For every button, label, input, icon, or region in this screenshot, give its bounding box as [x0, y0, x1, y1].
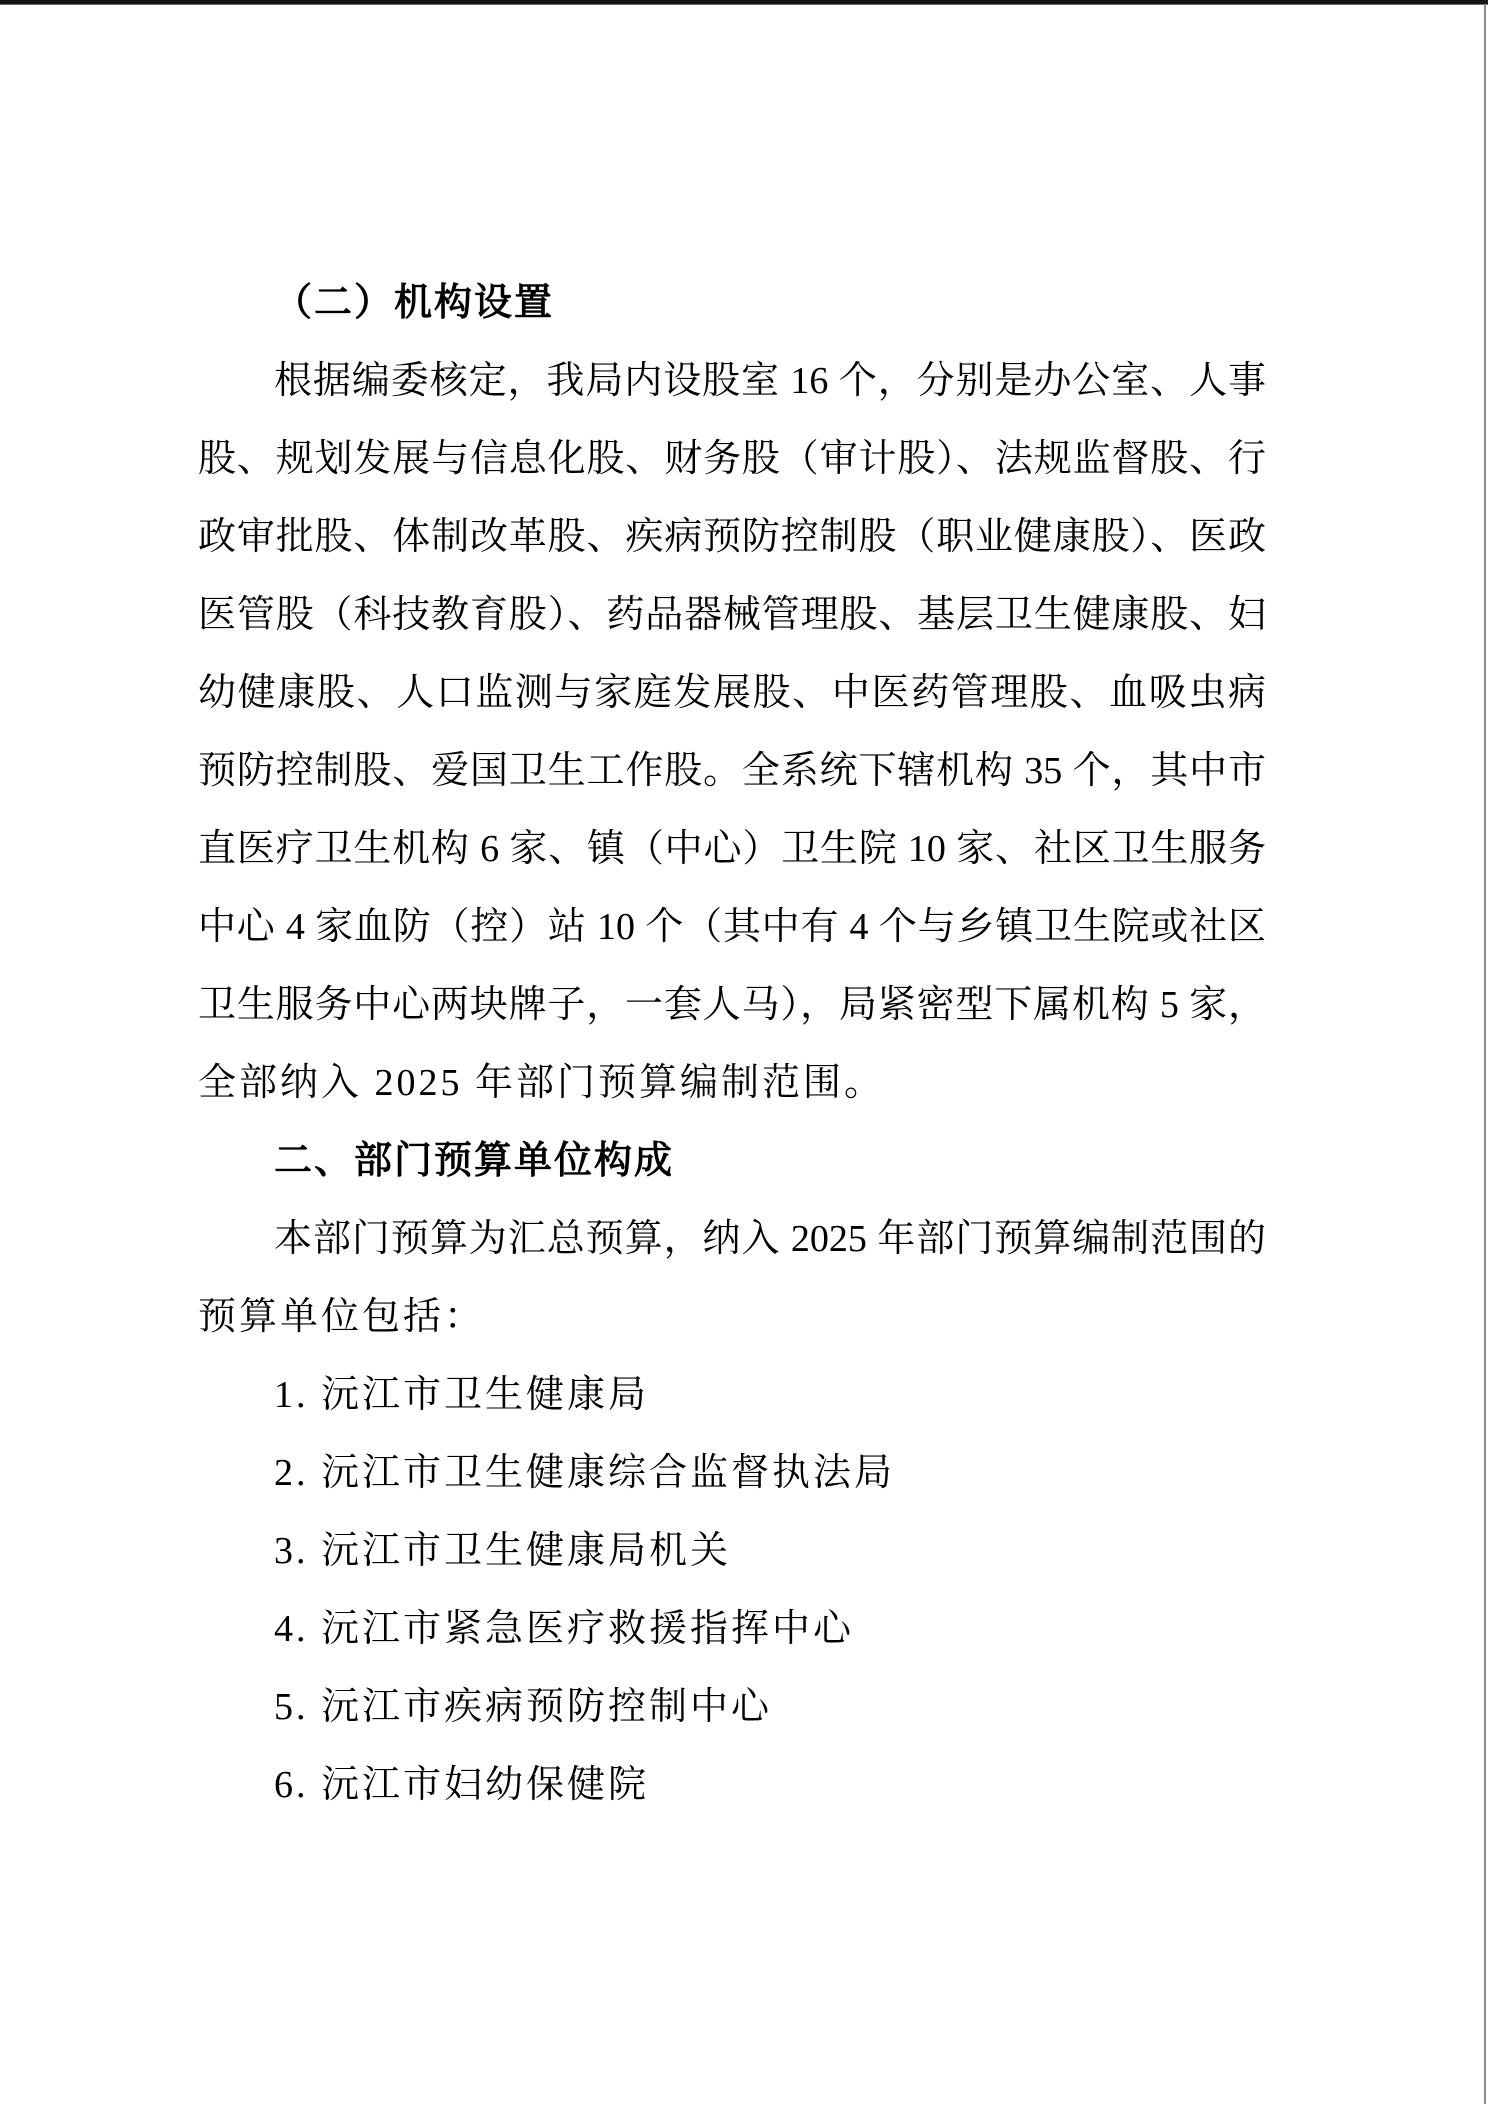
paragraph-line: 股、规划发展与信息化股、财务股（审计股）、法规监督股、行 [198, 420, 1266, 498]
paragraph-line: 全部纳入 2025 年部门预算编制范围。 [198, 1044, 1266, 1122]
budget-unit-item: 1. 沅江市卫生健康局 [198, 1356, 1266, 1434]
paragraph-line: 直医疗卫生机构 6 家、镇（中心）卫生院 10 家、社区卫生服务 [198, 810, 1266, 888]
paragraph-line: 中心 4 家血防（控）站 10 个（其中有 4 个与乡镇卫生院或社区 [198, 888, 1266, 966]
paragraph-line: 医管股（科技教育股）、药品器械管理股、基层卫生健康股、妇 [198, 576, 1266, 654]
paragraph-line: 预防控制股、爱国卫生工作股。全系统下辖机构 35 个，其中市 [198, 732, 1266, 810]
paragraph-line: 卫生服务中心两块牌子，一套人马），局紧密型下属机构 5 家， [198, 966, 1266, 1044]
paragraph-line: 预算单位包括： [198, 1278, 1266, 1356]
paragraph-line: 根据编委核定，我局内设股室 16 个，分别是办公室、人事 [198, 342, 1266, 420]
paragraph-line: 本部门预算为汇总预算，纳入 2025 年部门预算编制范围的 [198, 1200, 1266, 1278]
document-page: （二）机构设置 根据编委核定，我局内设股室 16 个，分别是办公室、人事 股、规… [198, 264, 1266, 1824]
budget-unit-item: 3. 沅江市卫生健康局机关 [198, 1512, 1266, 1590]
paragraph-line: 幼健康股、人口监测与家庭发展股、中医药管理股、血吸虫病 [198, 654, 1266, 732]
paragraph-line: 政审批股、体制改革股、疾病预防控制股（职业健康股）、医政 [198, 498, 1266, 576]
budget-unit-item: 2. 沅江市卫生健康综合监督执法局 [198, 1434, 1266, 1512]
page-right-border [1484, 4, 1486, 2104]
subsection-heading: （二）机构设置 [198, 264, 1266, 342]
budget-unit-item: 4. 沅江市紧急医疗救援指挥中心 [198, 1590, 1266, 1668]
section-heading: 二、部门预算单位构成 [198, 1122, 1266, 1200]
budget-unit-item: 6. 沅江市妇幼保健院 [198, 1746, 1266, 1824]
page-top-border [0, 0, 1488, 5]
budget-unit-item: 5. 沅江市疾病预防控制中心 [198, 1668, 1266, 1746]
